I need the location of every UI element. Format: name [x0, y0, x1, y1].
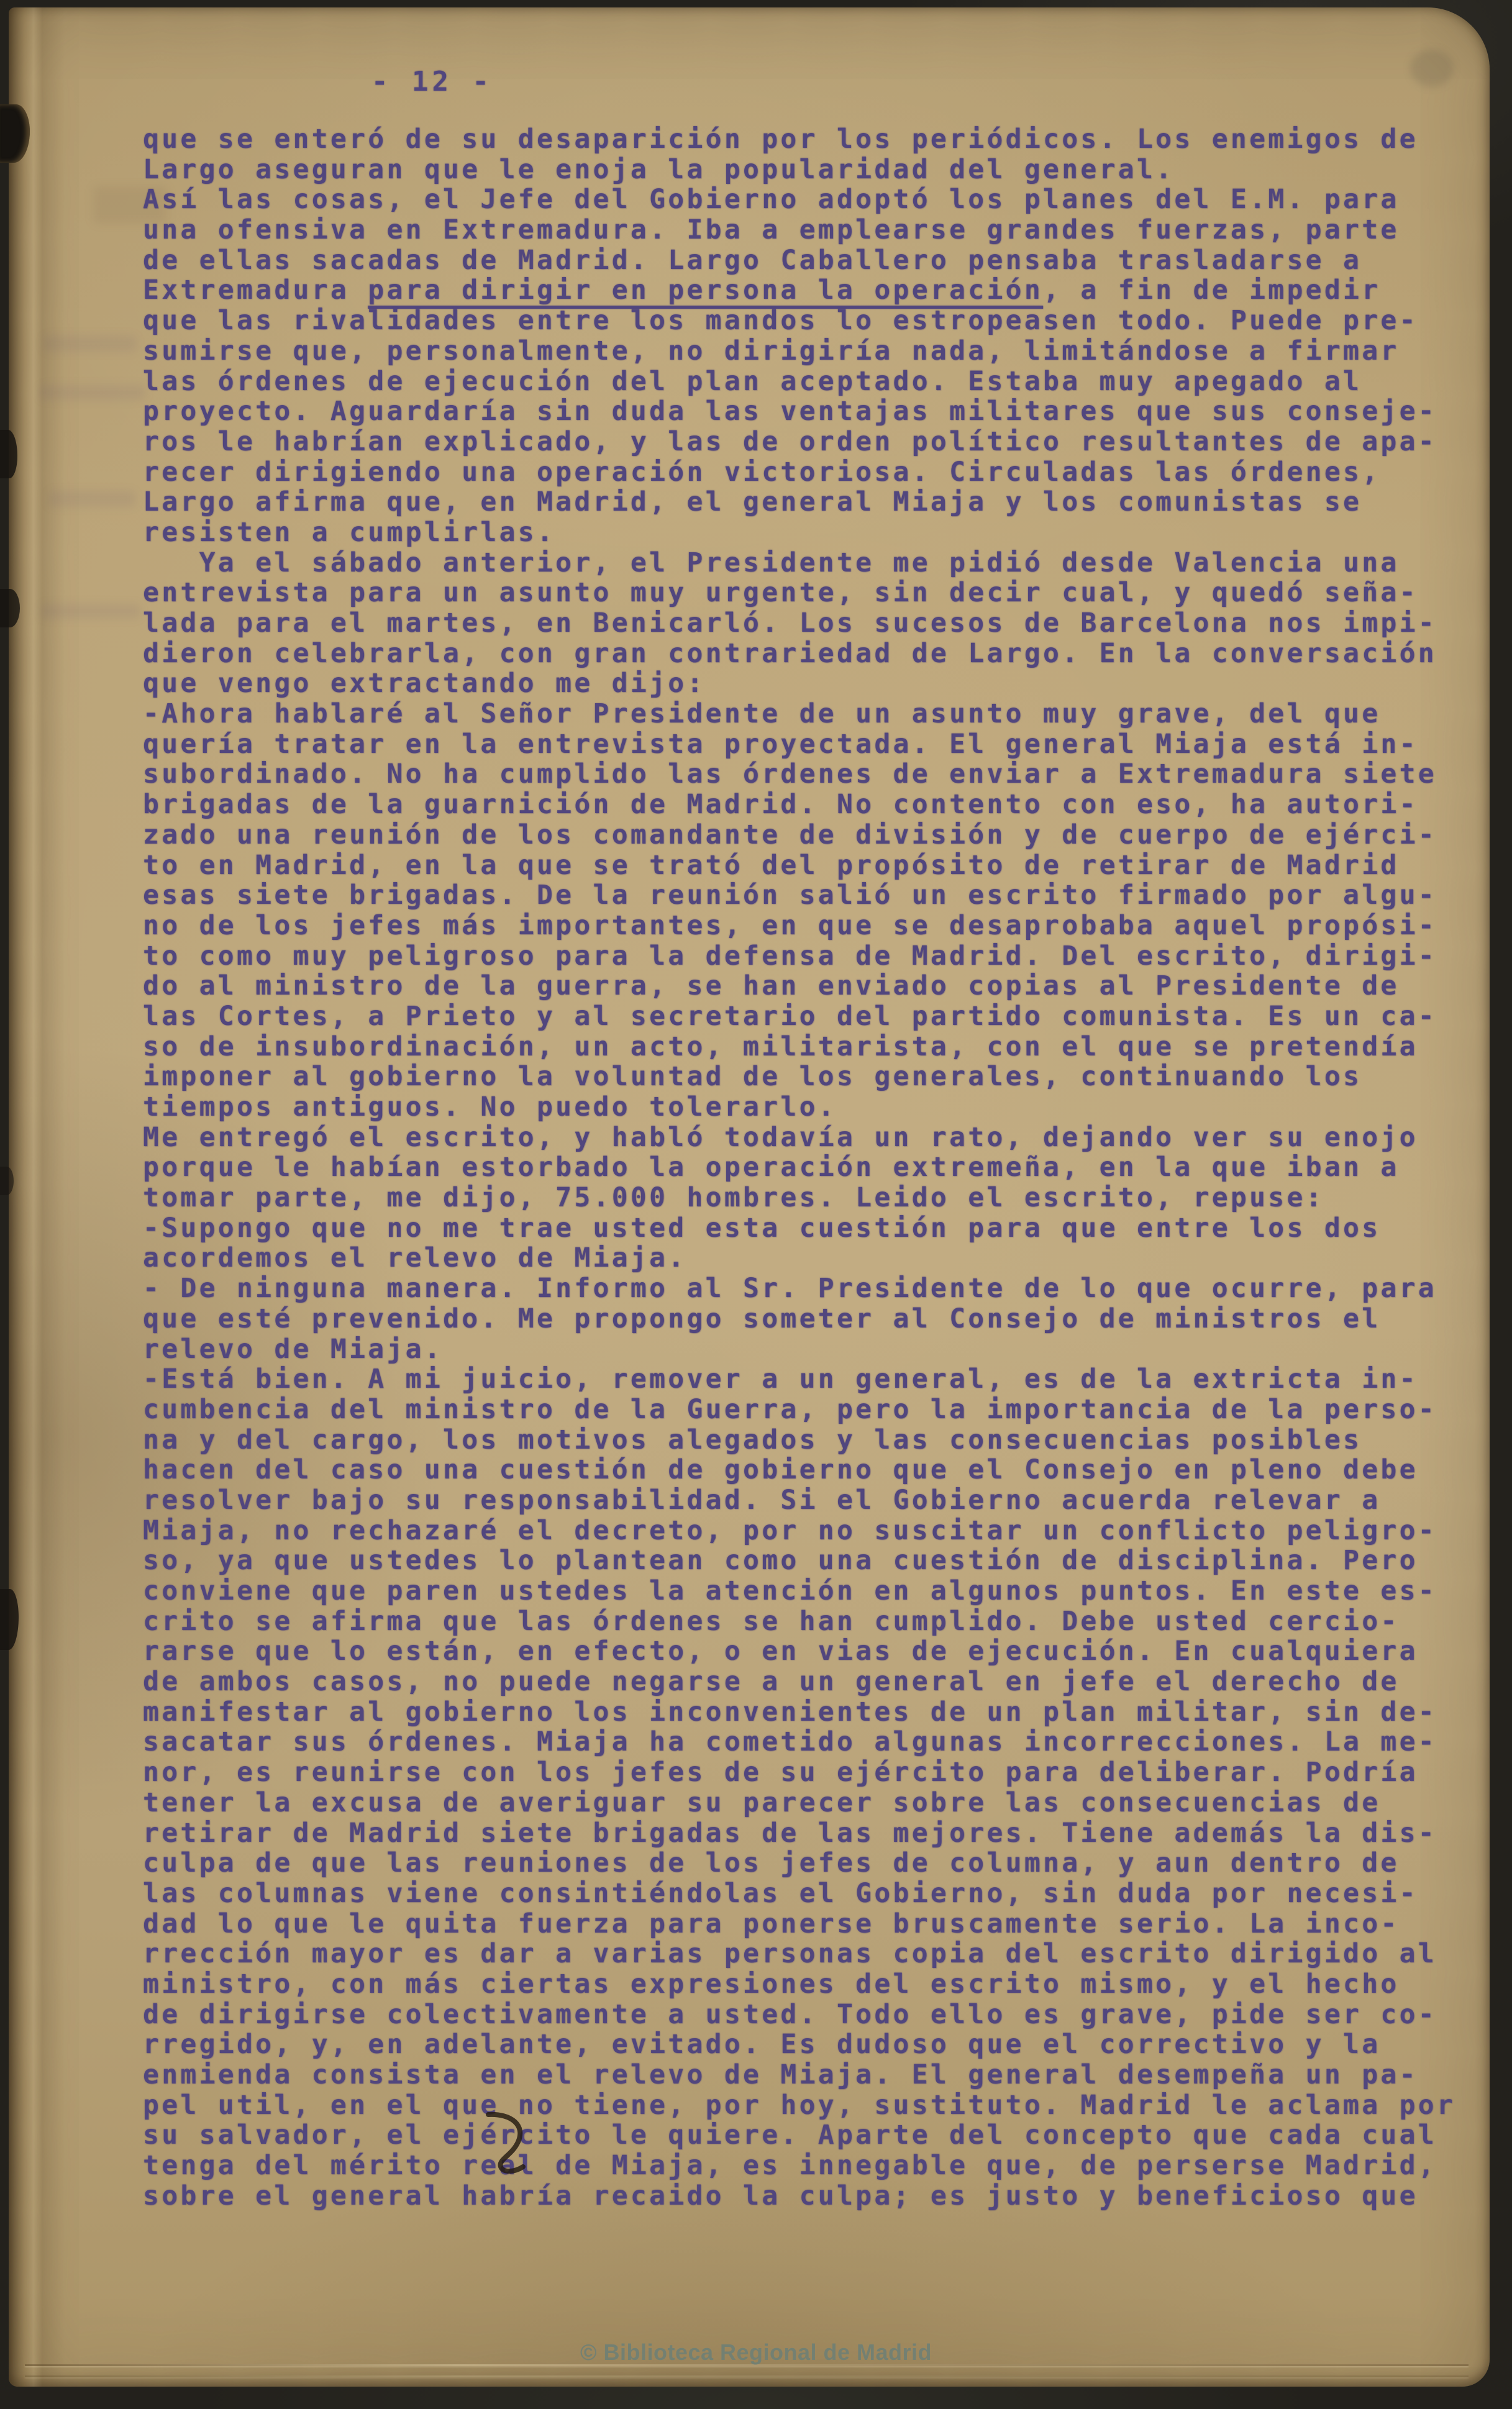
text-line: rregido, y, en adelante, evitado. Es dud… [143, 2029, 1455, 2060]
text-line: Ya el sábado anterior, el Presidente me … [143, 548, 1455, 578]
text-line: nor, es reunirse con los jefes de su ejé… [143, 1757, 1455, 1788]
text-line: tenga del mérito real de Miaja, es inneg… [143, 2151, 1455, 2181]
text-line: Miaja, no rechazaré el decreto, por no s… [143, 1516, 1455, 1546]
text-line: acordemos el relevo de Miaja. [143, 1243, 1455, 1273]
text-line: lada para el martes, en Benicarló. Los s… [143, 608, 1455, 639]
text-line: ministro, con más ciertas expresiones de… [143, 1969, 1455, 2000]
pen-correction-mark [480, 2110, 548, 2177]
text-line: no de los jefes más importantes, en que … [143, 911, 1455, 941]
text-line: -Está bien. A mi juicio, remover a un ge… [143, 1364, 1455, 1395]
text-line: so, ya que ustedes lo plantean como una … [143, 1546, 1455, 1576]
text-line: su salvador, el ejército le quiere. Apar… [143, 2120, 1455, 2151]
text-line: quería tratar en la entrevista proyectad… [143, 729, 1455, 760]
text-line: sumirse que, personalmente, no dirigiría… [143, 336, 1455, 367]
text-line: - De ninguna manera. Informo al Sr. Pres… [143, 1273, 1455, 1304]
text-line: tomar parte, me dijo, 75.000 hombres. Le… [143, 1183, 1455, 1213]
text-line: tiempos antiguos. No puedo tolerarlo. [143, 1092, 1455, 1123]
text-line: de ambos casos, no puede negarse a un ge… [143, 1667, 1455, 1697]
text-line: culpa de que las reuniones de los jefes … [143, 1848, 1455, 1878]
text-line: resolver bajo su responsabilidad. Si el … [143, 1485, 1455, 1516]
text-line: -Ahora hablaré al Señor Presidente de un… [143, 699, 1455, 729]
text-line: Extremadura para dirigir en persona la o… [143, 275, 1455, 306]
typewritten-lines: que se enteró de su desaparición por los… [143, 124, 1455, 2211]
text-line: so de insubordinación, un acto, militari… [143, 1032, 1455, 1062]
text-line: de dirigirse colectivamente a usted. Tod… [143, 2000, 1455, 2030]
text-line: sacatar sus órdenes. Miaja ha cometido a… [143, 1727, 1455, 1757]
text-line: porque le habían estorbado la operación … [143, 1152, 1455, 1183]
text-line: de ellas sacadas de Madrid. Largo Caball… [143, 245, 1455, 276]
text-line: Así las cosas, el Jefe del Gobierno adop… [143, 184, 1455, 215]
text-line: dieron celebrarla, con gran contrariedad… [143, 639, 1455, 669]
text-line: las columnas viene consintiéndolas el Go… [143, 1878, 1455, 1909]
text-line: las Cortes, a Prieto y al secretario del… [143, 1001, 1455, 1032]
text-line: na y del cargo, los motivos alegados y l… [143, 1425, 1455, 1455]
text-line: do al ministro de la guerra, se han envi… [143, 971, 1455, 1001]
text-line: Me entregó el escrito, y habló todavía u… [143, 1123, 1455, 1153]
text-line: sobre el general habría recaido la culpa… [143, 2181, 1455, 2211]
text-line: que se enteró de su desaparición por los… [143, 124, 1455, 155]
text-line: ros le habrían explicado, y las de orden… [143, 427, 1455, 457]
text-line: recer dirigiendo una operación victorios… [143, 457, 1455, 488]
text-line: esas siete brigadas. De la reunión salió… [143, 880, 1455, 911]
text-line: una ofensiva en Extremadura. Iba a emple… [143, 215, 1455, 245]
text-line: dad lo que le quita fuerza para ponerse … [143, 1909, 1455, 1939]
text-line: retirar de Madrid siete brigadas de las … [143, 1818, 1455, 1849]
text-line: rarse que lo están, en efecto, o en vias… [143, 1636, 1455, 1667]
text-line: enmienda consista en el relevo de Miaja.… [143, 2060, 1455, 2090]
text-line: manifestar al gobierno los inconveniente… [143, 1697, 1455, 1728]
text-line: crito se afirma que las órdenes se han c… [143, 1606, 1455, 1637]
text-line: rrección mayor es dar a varias personas … [143, 1939, 1455, 1969]
underlined-phrase: para dirigir en persona la operación [368, 275, 1043, 306]
text-line: to como muy peligroso para la defensa de… [143, 941, 1455, 972]
text-line: -Supongo que no me trae usted esta cuest… [143, 1213, 1455, 1244]
text-line: cumbencia del ministro de la Guerra, per… [143, 1395, 1455, 1425]
text-line: brigadas de la guarnición de Madrid. No … [143, 790, 1455, 820]
text-line: conviene que paren ustedes la atención e… [143, 1576, 1455, 1606]
text-line: Largo afirma que, en Madrid, el general … [143, 487, 1455, 517]
text-line: resisten a cumplirlas. [143, 517, 1455, 548]
text-line: to en Madrid, en la que se trató del pro… [143, 850, 1455, 881]
text-line: relevo de Miaja. [143, 1334, 1455, 1365]
page-number: - 12 - [371, 66, 493, 98]
text-line: que vengo extractando me dijo: [143, 668, 1455, 699]
text-line: subordinado. No ha cumplido las órdenes … [143, 759, 1455, 790]
text-line: imponer al gobierno la voluntad de los g… [143, 1062, 1455, 1092]
text-line: proyecto. Aguardaría sin duda las ventaj… [143, 396, 1455, 427]
text-line: Largo aseguran que le enoja la popularid… [143, 155, 1455, 185]
text-line: tener la excusa de averiguar su parecer … [143, 1788, 1455, 1818]
text-line: que las rivalidades entre los mandos lo … [143, 306, 1455, 336]
text-line: que esté prevenido. Me propongo someter … [143, 1304, 1455, 1334]
text-line: zado una reunión de los comandante de di… [143, 820, 1455, 850]
text-line: las órdenes de ejecución del plan acepta… [143, 367, 1455, 397]
text-line: hacen del caso una cuestión de gobierno … [143, 1455, 1455, 1485]
corner-smudge [1410, 50, 1454, 87]
scanned-document: { "page": { "page_number": "- 12 -", "wa… [0, 0, 1512, 2409]
library-watermark: © Biblioteca Regional de Madrid [580, 2339, 932, 2366]
text-line: pel util, en el que no tiene, por hoy, s… [143, 2090, 1455, 2121]
text-line: entrevista para un asunto muy urgente, s… [143, 578, 1455, 608]
